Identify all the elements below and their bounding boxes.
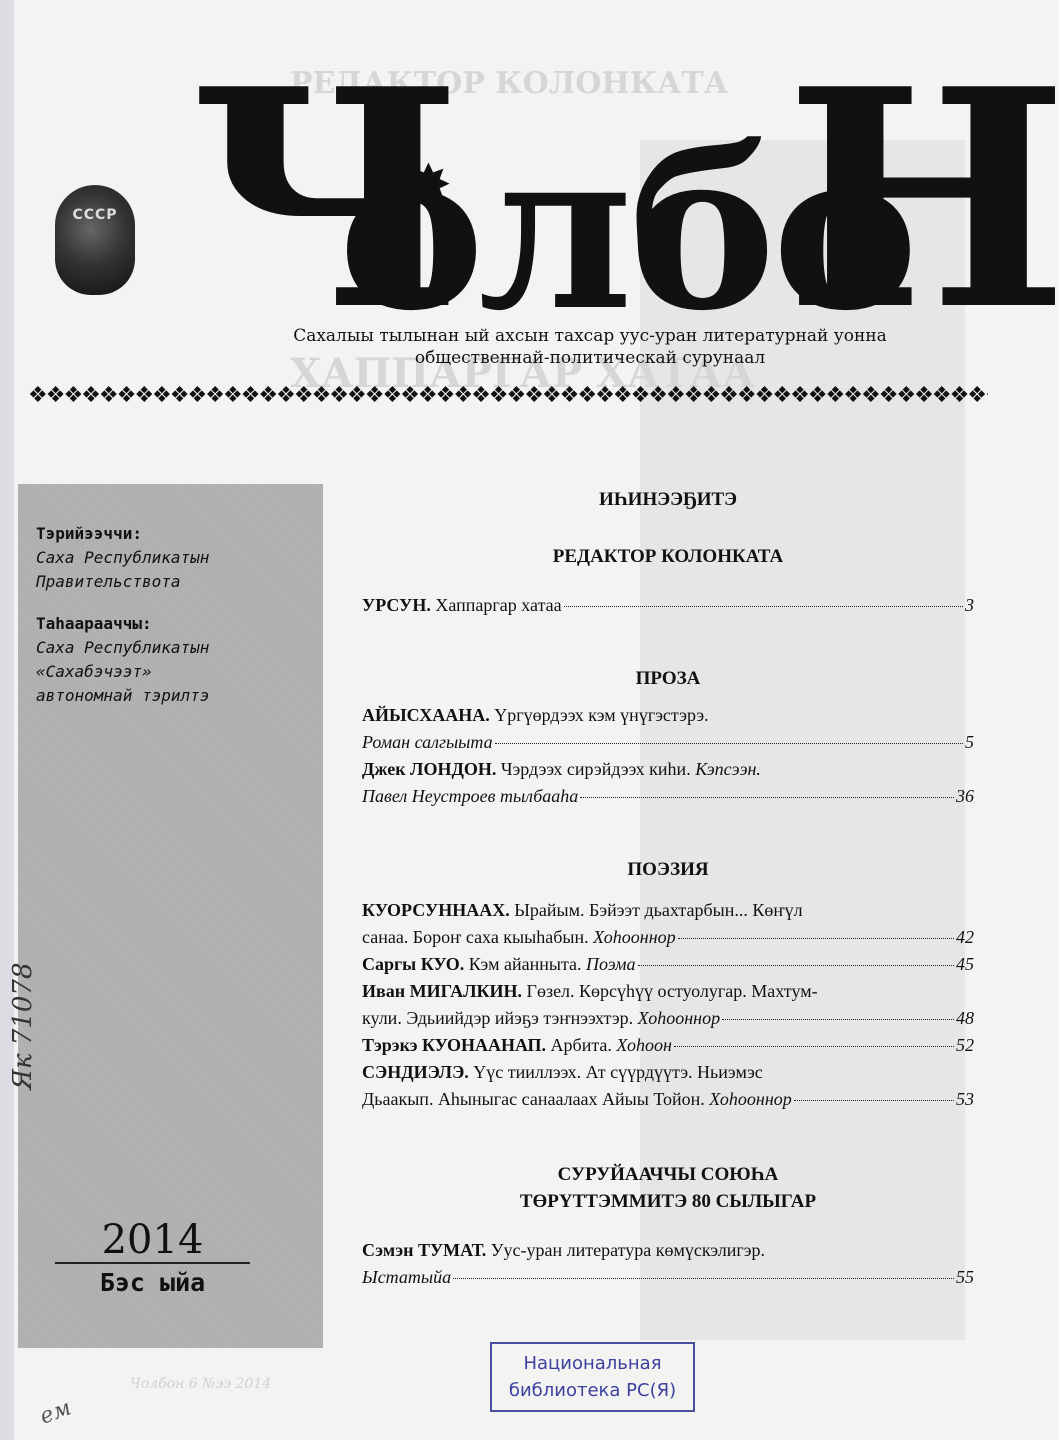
handwritten-initials: ем [37,1395,75,1429]
masthead-letter-n: Н [785,50,1059,350]
toc-entry[interactable]: Тэрэкэ КУОНААНАП. Арбита. Хоһоон52 [362,1032,974,1059]
toc-entry[interactable]: УРСУН. Хаппаргар хатаа3 [362,592,974,619]
toc-entry[interactable]: Саргы КУО. Кэм айанныта. Поэма45 [362,951,974,978]
toc-entry[interactable]: СЭНДИЭЛЭ. Үүс тииллээх. Ат сүүрдүүтэ. Нь… [362,1059,974,1113]
toc-entry[interactable]: Джек ЛОНДОН. Чэрдээх сирэйдээх киһи. Кэп… [362,756,974,810]
toc-entry[interactable]: АЙЫСХААНА. Үргүөрдээх кэм үнүгэстэрэ. Ро… [362,702,974,756]
library-stamp: Национальная библиотека РС(Я) [490,1342,695,1412]
star-icon: ✸ [405,158,452,214]
diamond-ornament-divider: ❖❖❖❖❖❖❖❖❖❖❖❖❖❖❖❖❖❖❖❖❖❖❖❖❖❖❖❖❖❖❖❖❖❖❖❖❖❖❖❖… [28,378,988,414]
year-divider [55,1262,250,1264]
issue-month: Бэс ыйа [55,1268,250,1297]
masthead-subtitle: Сахалыы тылынан ый ахсын тахсар уус-уран… [285,325,895,369]
toc-entry[interactable]: Сэмэн ТУМАТ. Уус-уран литература көмүскэ… [362,1237,974,1291]
table-of-contents: ИҺИНЭЭҔИТЭ РЕДАКТОР КОЛОНКАТА УРСУН. Хап… [362,480,974,1291]
footer-bleed-through: Чолбон 6 №ээ 2014 [130,1376,271,1392]
section-title: ПОЭЗИЯ [362,856,974,883]
section-title: ПРОЗА [362,665,974,692]
toc-heading: ИҺИНЭЭҔИТЭ [362,486,974,513]
section-title: РЕДАКТОР КОЛОНКАТА [362,543,974,570]
toc-entry[interactable]: Иван МИГАЛКИН. Гөзел. Көрсүһүү остуолуга… [362,978,974,1032]
publisher-block: Таhаарааччы: Саха Республикатын «Сахабэч… [36,612,209,708]
toc-entry[interactable]: КУОРСУННААХ. Ырайым. Бэйээт дьахтарбын..… [362,897,974,951]
handwritten-catalog-number: Як 71078 [8,963,38,1091]
masthead-title: Ч о ✸ лбо Н [190,80,990,330]
ussr-order-badge-icon: СССР [55,185,135,295]
section-title-line2: ТӨРҮТТЭММИТЭ 80 СЫЛЫГАР [362,1188,974,1215]
founder-block: Тэрийээччи: Саха Республикатын Правитель… [36,522,209,594]
page-edge [0,0,14,1440]
issue-year: 2014 [55,1218,250,1262]
section-title: СУРУЙААЧЧЫ СОЮҺА [362,1161,974,1188]
